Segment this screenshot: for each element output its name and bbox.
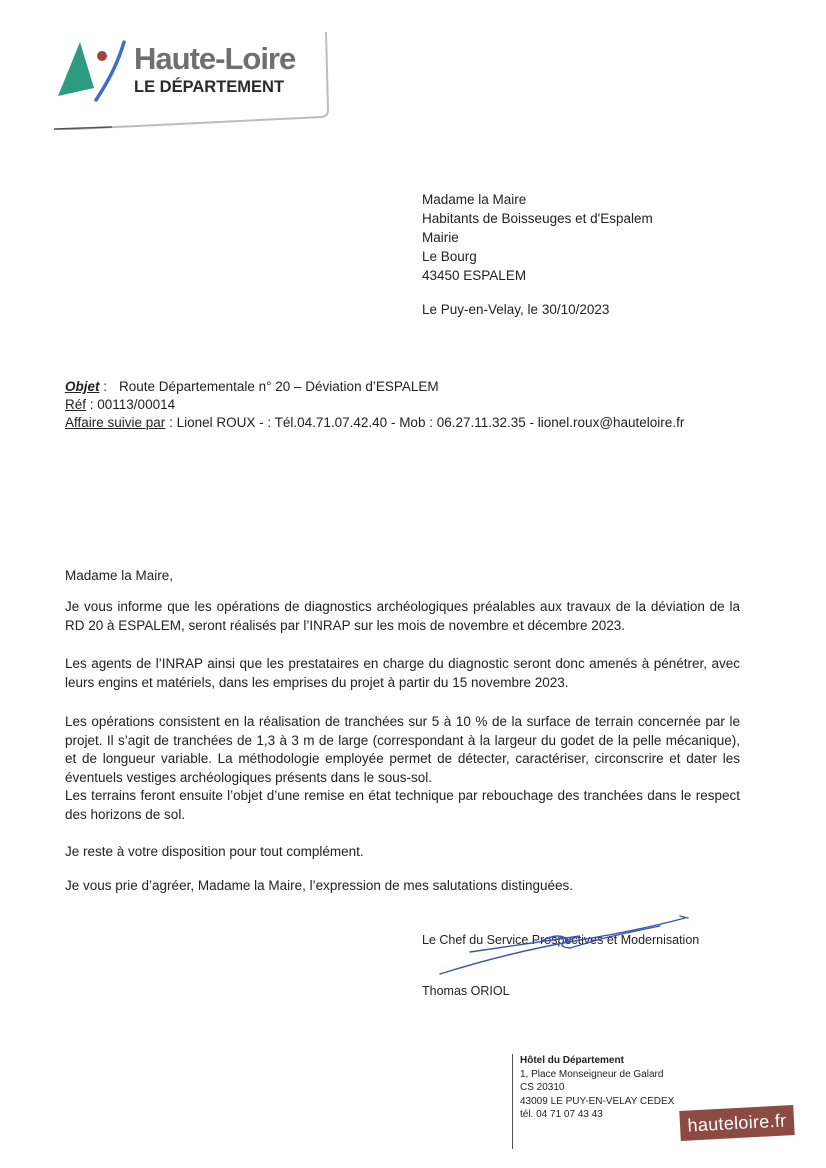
recipient-line: Madame la Maire: [422, 190, 653, 209]
reference-line: Réf : 00113/00014: [65, 396, 684, 414]
paragraph-text: Je vous informe que les opérations de di…: [65, 598, 740, 635]
footer-line: 43009 LE PUY-EN-VELAY CEDEX: [520, 1095, 674, 1109]
paragraph-text: Les opérations consistent en la réalisat…: [65, 713, 740, 787]
place-date: Le Puy-en-Velay, le 30/10/2023: [422, 302, 609, 317]
contact-line: Affaire suivie par : Lionel ROUX - : Tél…: [65, 414, 684, 432]
subject-separator: :: [100, 379, 108, 394]
letter-metadata: Objet :Route Départementale n° 20 – Dévi…: [65, 378, 684, 432]
paragraph-2: Les agents de l’INRAP ainsi que les pres…: [65, 655, 740, 692]
contact-label: Affaire suivie par: [65, 415, 165, 430]
paragraph-text: Les terrains feront ensuite l’objet d’un…: [65, 787, 740, 824]
reference-value: : 00113/00014: [86, 397, 175, 412]
logo-subtitle: LE DÉPARTEMENT: [134, 77, 284, 97]
reference-label: Réf: [65, 397, 86, 412]
paragraph-text: Les agents de l’INRAP ainsi que les pres…: [65, 655, 740, 692]
footer-phone: tél. 04 71 07 43 43: [520, 1108, 674, 1122]
website-badge: hauteloire.fr: [679, 1105, 794, 1141]
contact-value: : Lionel ROUX - : Tél.04.71.07.42.40 - M…: [165, 415, 684, 430]
letter-page: Haute-Loire LE DÉPARTEMENT Madame la Mai…: [0, 0, 826, 1168]
recipient-address: Madame la Maire Habitants de Boisseuges …: [422, 190, 653, 285]
salutation: Madame la Maire,: [65, 567, 740, 586]
subject-line: Objet :Route Départementale n° 20 – Dévi…: [65, 378, 684, 396]
department-address-footer: Hôtel du Département 1, Place Monseigneu…: [512, 1054, 674, 1149]
department-logo: Haute-Loire LE DÉPARTEMENT: [52, 30, 330, 130]
logo-title: Haute-Loire: [134, 42, 295, 76]
paragraph-text: Je vous prie d’agréer, Madame la Maire, …: [65, 877, 740, 896]
paragraph-1: Je vous informe que les opérations de di…: [65, 598, 740, 635]
recipient-line: Mairie: [422, 228, 653, 247]
salutation-text: Madame la Maire,: [65, 567, 740, 586]
recipient-line: Le Bourg: [422, 247, 653, 266]
paragraph-4: Je reste à votre disposition pour tout c…: [65, 843, 740, 862]
subject-value: Route Départementale n° 20 – Déviation d…: [119, 379, 439, 394]
subject-label: Objet: [65, 379, 100, 394]
recipient-line: 43450 ESPALEM: [422, 266, 653, 285]
paragraph-3: Les opérations consistent en la réalisat…: [65, 713, 740, 824]
signatory-name: Thomas ORIOL: [422, 984, 510, 998]
handwritten-signature-icon: [430, 912, 690, 982]
recipient-line: Habitants de Boisseuges et d'Espalem: [422, 209, 653, 228]
footer-title: Hôtel du Département: [520, 1054, 674, 1068]
footer-line: CS 20310: [520, 1081, 674, 1095]
closing-formula: Je vous prie d’agréer, Madame la Maire, …: [65, 877, 740, 896]
footer-line: 1, Place Monseigneur de Galard: [520, 1068, 674, 1082]
paragraph-text: Je reste à votre disposition pour tout c…: [65, 843, 740, 862]
logo-mark-icon: [52, 30, 142, 110]
